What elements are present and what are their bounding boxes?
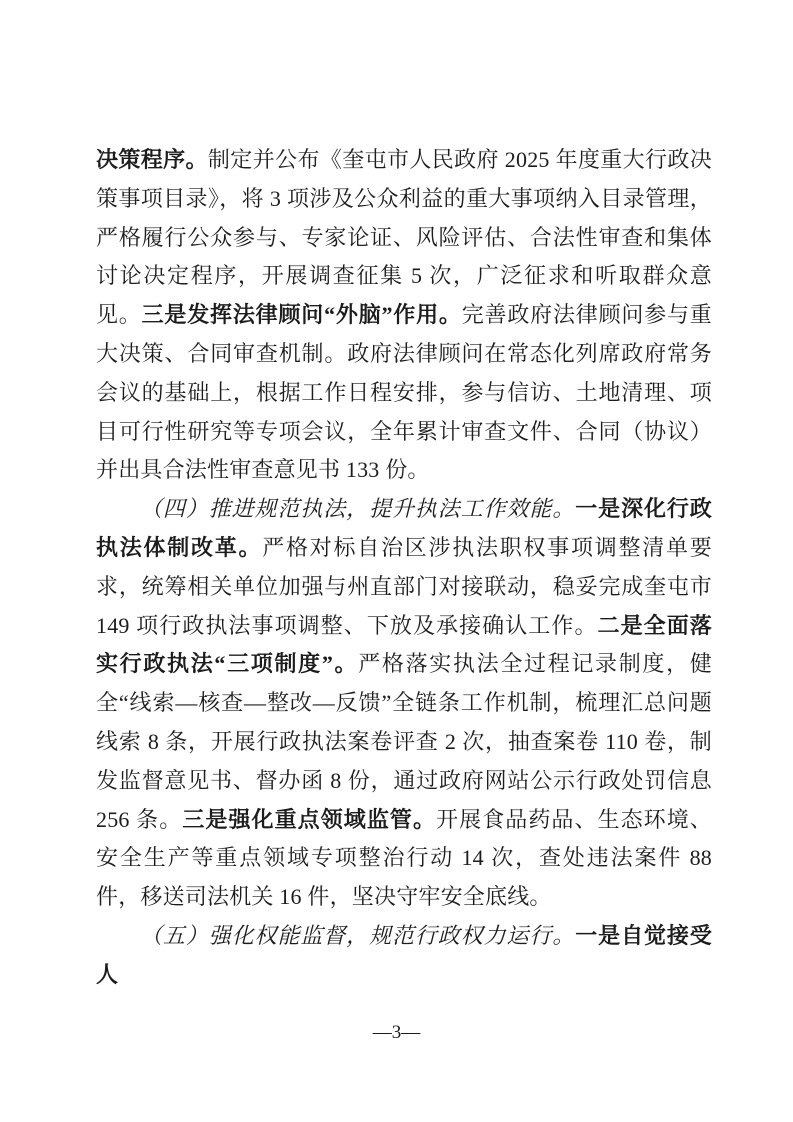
text-segment-bold: 决策程序。 xyxy=(96,147,208,172)
document-page: 决策程序。制定并公布《奎屯市人民政府 2025 年度重大行政决策事项目录》，将 … xyxy=(0,0,793,1122)
section-heading: （五）强化权能监督，规范行政权力运行。 xyxy=(140,923,575,948)
page-footer: —3— xyxy=(0,1022,793,1044)
paragraph-decision-procedure: 决策程序。制定并公布《奎屯市人民政府 2025 年度重大行政决策事项目录》，将 … xyxy=(96,141,712,490)
text-segment-bold: 三是发挥法律顾问“外脑”作用。 xyxy=(142,302,462,327)
text-segment: 制定并公布《奎屯市人民政府 2025 年度重大行政决策事项目录》，将 3 项涉及… xyxy=(96,147,712,327)
text-segment-bold: 三是强化重点领域监管。 xyxy=(182,807,436,832)
paragraph-section-four: （四）推进规范执法，提升执法工作效能。一是深化行政执法体制改革。严格对标自治区涉… xyxy=(96,490,712,917)
text-segment: 严格落实执法全过程记录制度，健全“线索—核查—整改—反馈”全链条工作机制，梳理汇… xyxy=(96,651,712,831)
text-segment: 完善政府法律顾问参与重大决策、合同审查机制。政府法律顾问在常态化列席政府常务会议… xyxy=(96,302,712,482)
page-number: —3— xyxy=(373,1022,421,1043)
section-heading: （四）推进规范执法，提升执法工作效能。 xyxy=(140,496,575,521)
document-body: 决策程序。制定并公布《奎屯市人民政府 2025 年度重大行政决策事项目录》，将 … xyxy=(96,141,712,995)
paragraph-section-five: （五）强化权能监督，规范行政权力运行。一是自觉接受人 xyxy=(96,917,712,995)
